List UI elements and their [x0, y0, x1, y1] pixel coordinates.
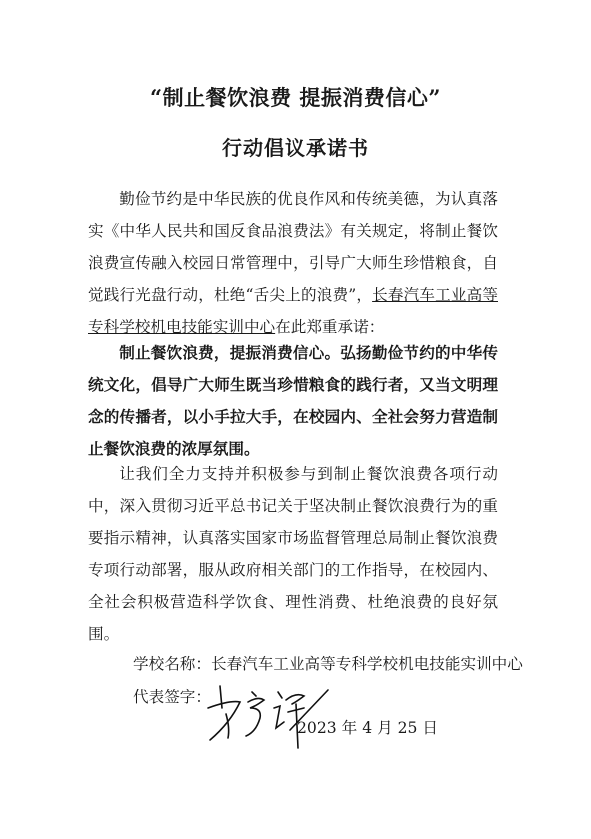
intro-text-end: 在此郑重承诺： [275, 318, 384, 336]
document-subtitle: 行动倡议承诺书 [0, 132, 591, 161]
paragraph-call-to-action: 让我们全力支持并积极参与到制止餐饮浪费各项行动中，深入贯彻习近平总书记关于坚决制… [88, 458, 498, 650]
paragraph-pledge: 制止餐饮浪费，提振消费信心。弘扬勤俭节约的中华传统文化，倡导广大师生既当珍惜粮食… [88, 337, 498, 465]
school-name-line: 学校名称：长春汽车工业高等专科学校机电技能实训中心 [133, 652, 523, 674]
document-title: “制止餐饮浪费 提振消费信心” [0, 82, 591, 112]
paragraph-intro: 勤俭节约是中华民族的优良作风和传统美德，为认真落实《中华人民共和国反食品浪费法》… [88, 183, 498, 343]
date: 2023 年 4 月 25 日 [297, 716, 438, 738]
